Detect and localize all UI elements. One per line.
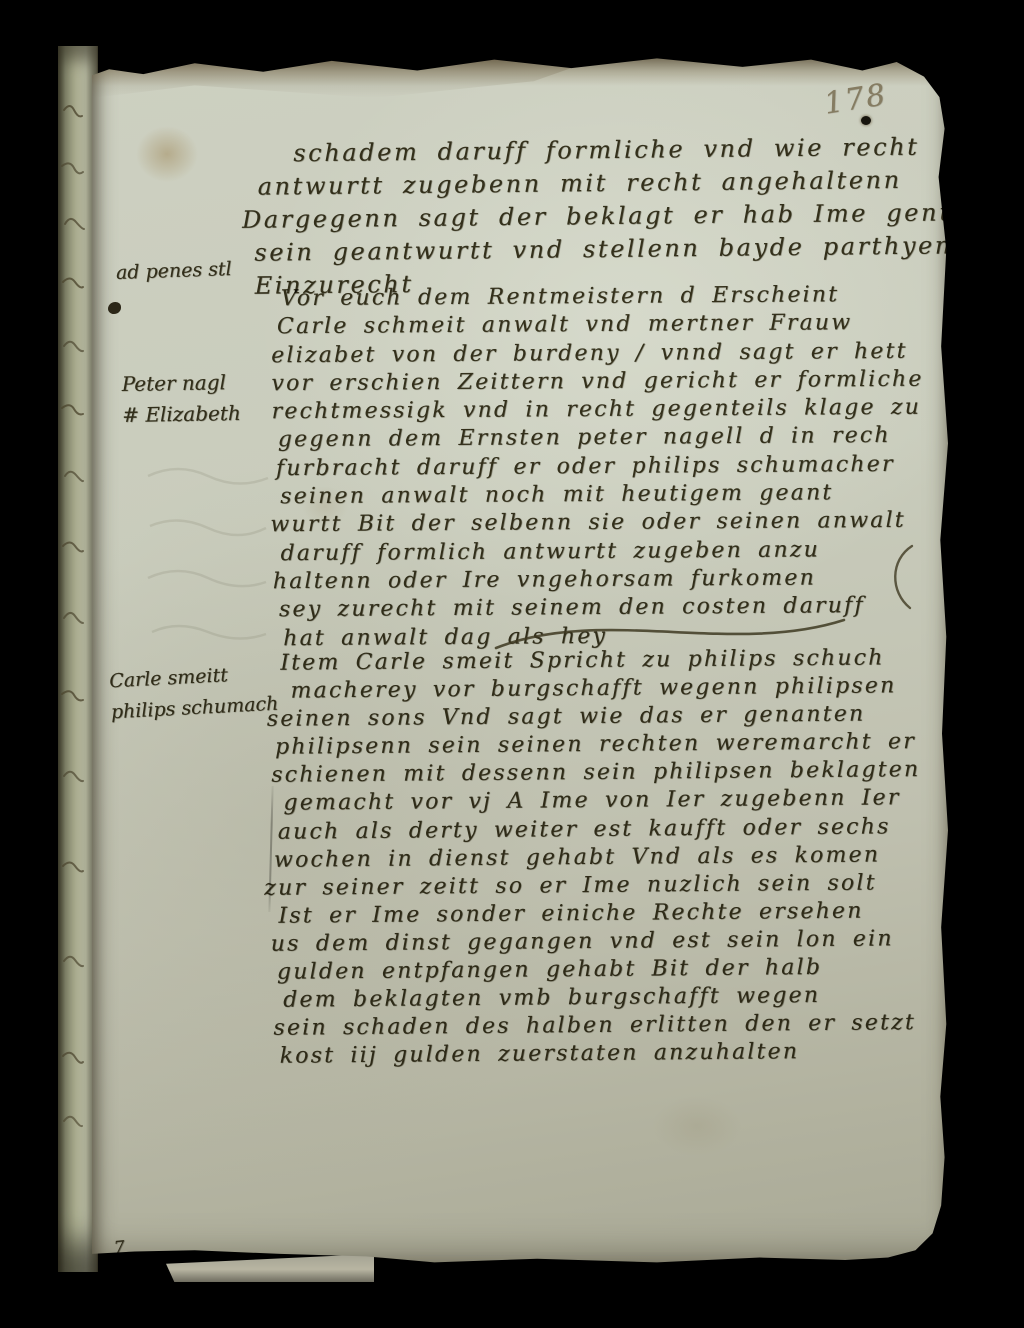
margin-note-parties-1: Peter nagl # Elizabeth — [121, 367, 241, 431]
text-paragraph-2: Vor euch dem Rentmeistern d Erscheint Ca… — [267, 282, 926, 654]
text-line: daruff formlich antwurtt zugeben anzu — [281, 536, 925, 569]
text-line: gegenn dem Ernsten peter nagell d in rec… — [278, 423, 924, 456]
page-stain — [136, 126, 198, 182]
text-paragraph-3: Item Carle smeit Spricht zu philips schu… — [260, 645, 923, 1072]
text-line: furbracht daruff er oder philips schumac… — [276, 451, 924, 484]
text-line: kost iij gulden zuerstaten anzuhalten — [280, 1038, 923, 1072]
dirty-top-edge-left — [92, 56, 606, 98]
quire-mark: 7 — [113, 1237, 126, 1258]
text-line: elizabet von der burdeny / vnnd sagt er … — [271, 338, 923, 371]
ink-blot — [108, 302, 121, 314]
margin-note-line: # Elizabeth — [122, 398, 241, 431]
text-line: wurtt Bit der selbenn sie oder seinen an… — [270, 508, 924, 541]
margin-paren-flourish-icon — [884, 542, 918, 612]
text-line: vor erschien Zeittern vnd gericht er for… — [271, 367, 923, 400]
manuscript-page: 178 ad penes stl Peter nagl # Elizabeth … — [92, 56, 948, 1266]
page-stain — [652, 1096, 742, 1156]
text-line: seinen anwalt noch mit heutigem geant — [280, 480, 924, 513]
margin-note-line: Peter nagl — [121, 367, 240, 400]
text-paragraph-1: schadem daruff formliche vnd wie recht a… — [241, 132, 976, 305]
under-page-edge — [166, 1254, 374, 1282]
text-line: Vor euch dem Rentmeistern d Erscheint — [281, 282, 923, 315]
margin-note-stl: ad penes stl — [115, 254, 232, 289]
photo-background: 178 ad penes stl Peter nagl # Elizabeth … — [0, 0, 1024, 1328]
text-line: Carle schmeit anwalt vnd mertner Frauw — [277, 310, 923, 343]
ghost-bleedthrough-icon — [140, 456, 280, 676]
text-line: rechtmessigk vnd in recht gegenteils kla… — [272, 395, 924, 428]
wormhole — [861, 116, 871, 125]
text-line: haltenn oder Ire vngehorsam furkomen — [273, 565, 925, 598]
